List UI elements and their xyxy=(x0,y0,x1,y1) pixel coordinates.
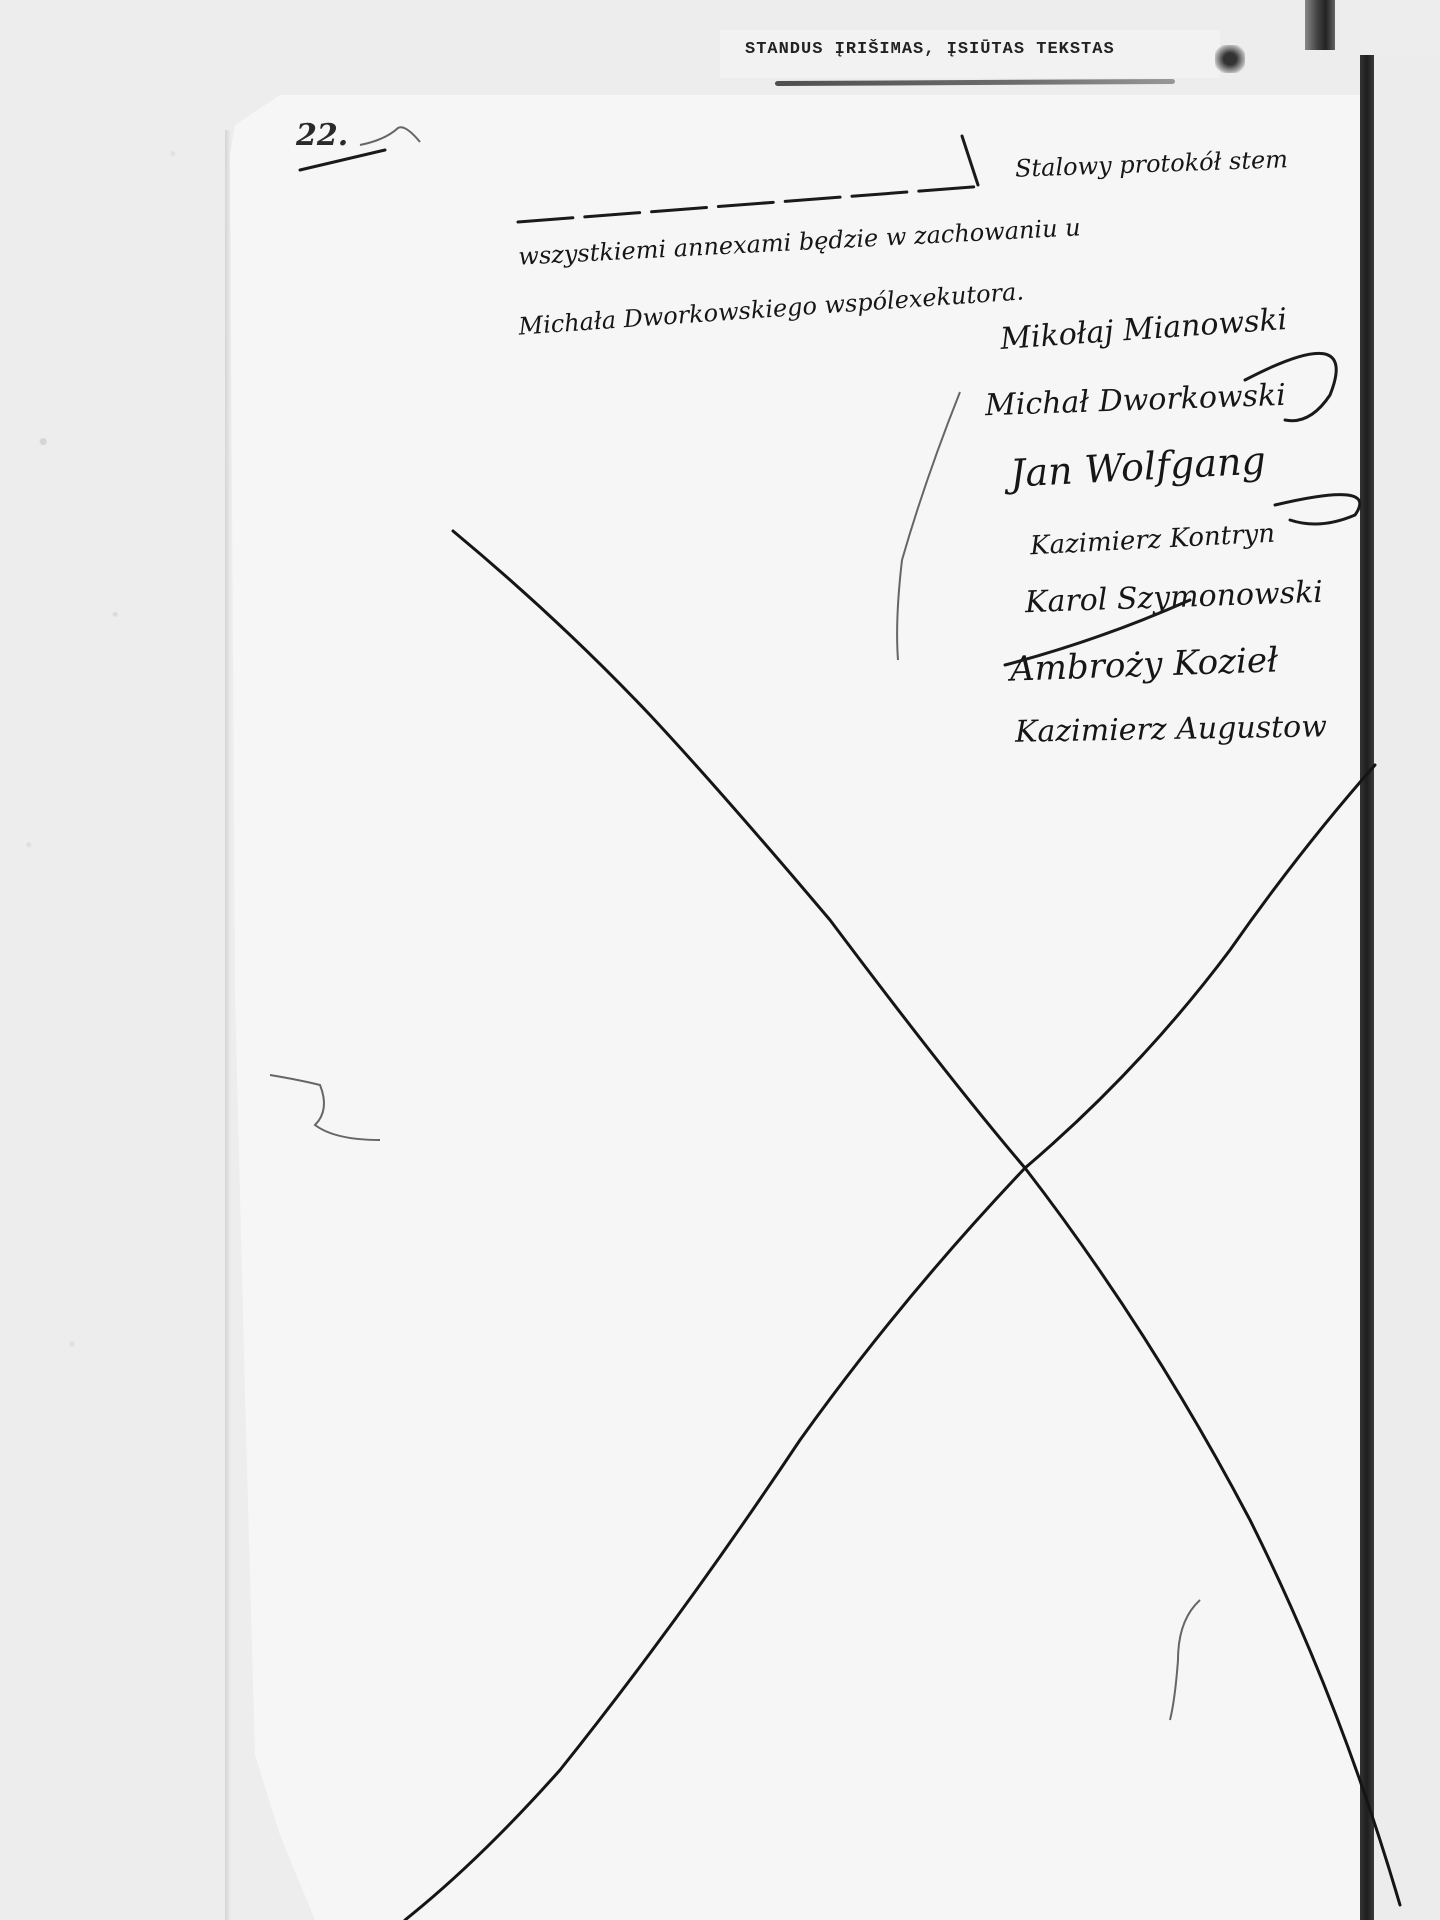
folio-number: 22. xyxy=(296,118,348,153)
page-edge-shadow xyxy=(225,130,231,1920)
binding-tab xyxy=(1305,0,1335,50)
document-page xyxy=(225,95,1375,1920)
archive-label: STANDUS ĮRIŠIMAS, ĮSIŪTAS TEKSTAS xyxy=(745,40,1115,59)
signature-7: Kazimierz Augustow xyxy=(1015,709,1327,749)
ink-smudge xyxy=(1215,45,1245,73)
adjacent-page-edge xyxy=(1374,55,1440,1920)
binding-spine-rule xyxy=(1360,55,1374,1920)
